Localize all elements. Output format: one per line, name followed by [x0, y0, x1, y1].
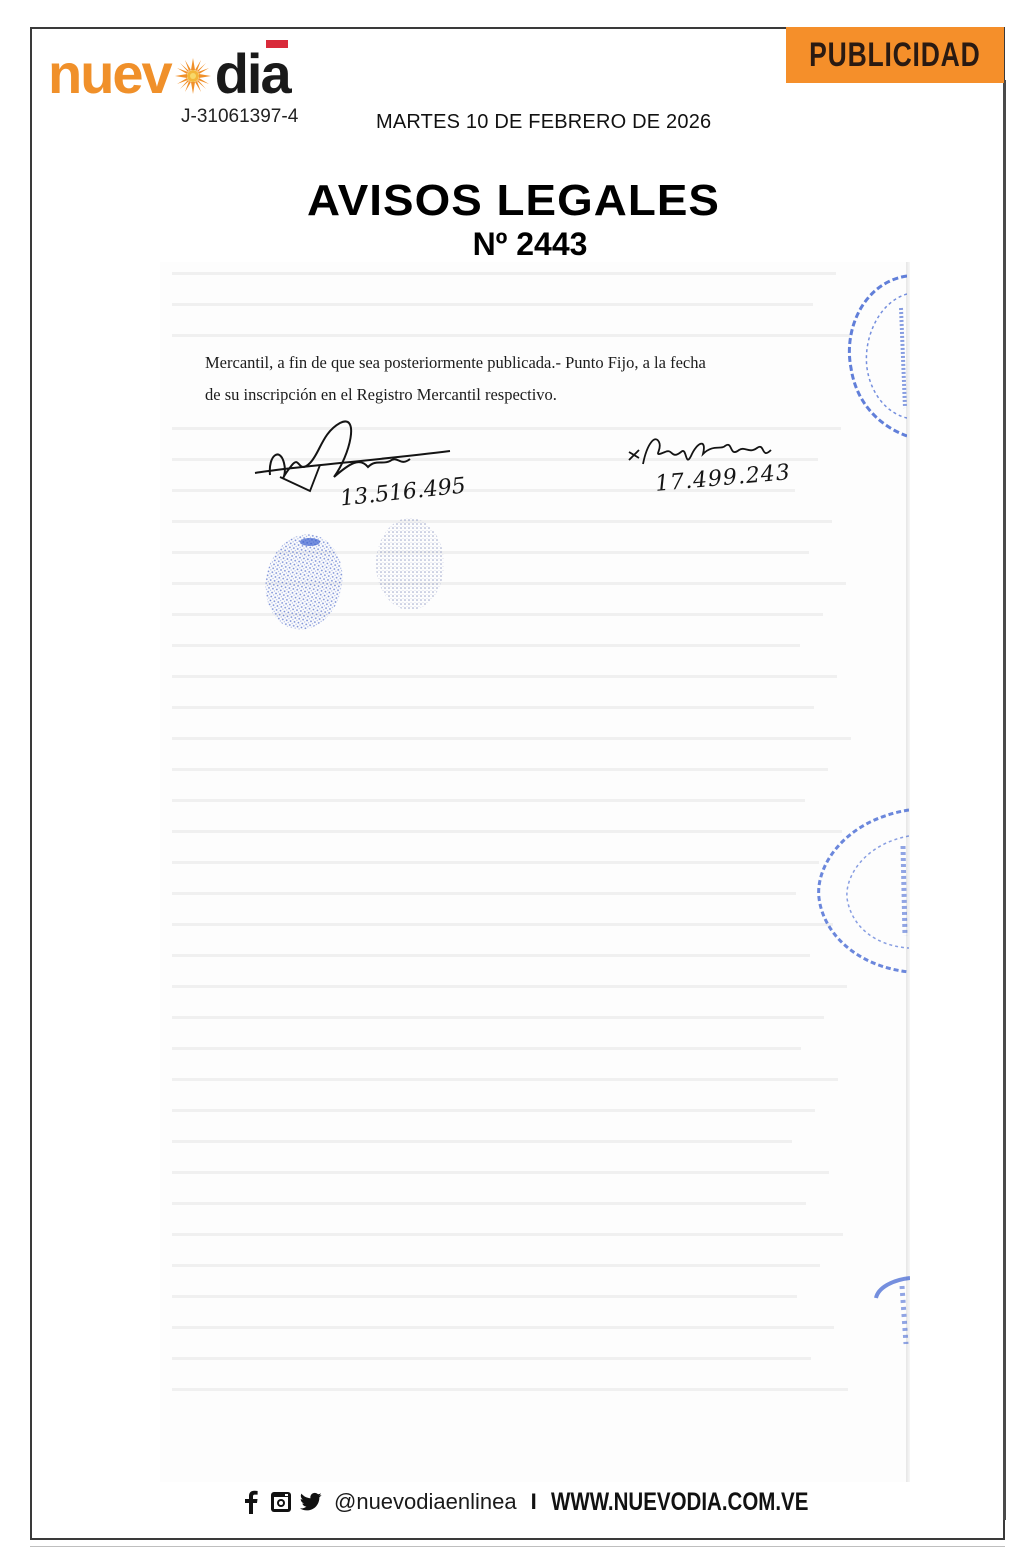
official-stamp-top	[845, 268, 907, 438]
faded-line	[172, 892, 796, 895]
sun-icon	[173, 56, 213, 96]
social-handle[interactable]: @nuevodiaenlinea	[334, 1489, 517, 1515]
faded-line	[172, 1047, 801, 1050]
faded-line	[172, 1078, 838, 1081]
faded-line	[172, 985, 847, 988]
faded-line	[172, 520, 832, 523]
faded-line	[172, 334, 850, 337]
section-badge-label: PUBLICIDAD	[809, 36, 980, 75]
page-frame-shadow	[30, 1546, 1005, 1547]
website-link[interactable]: WWW.NUEVODIA.COM.VE	[551, 1488, 808, 1517]
faded-line	[172, 799, 805, 802]
footer-separator: I	[531, 1489, 537, 1515]
logo-text-nuev: nuev	[48, 46, 171, 102]
faded-line	[172, 768, 828, 771]
faded-line	[172, 675, 837, 678]
instagram-icon[interactable]	[270, 1491, 292, 1513]
issue-number: Nº 2443	[0, 226, 1027, 263]
faded-line	[172, 737, 851, 740]
faded-line	[172, 1233, 843, 1236]
faded-line	[172, 1016, 824, 1019]
faded-line	[172, 1171, 829, 1174]
faded-line	[172, 1388, 848, 1391]
faded-line	[172, 1357, 811, 1360]
logo-accent-bar	[266, 40, 288, 48]
faded-line	[172, 830, 842, 833]
section-badge: PUBLICIDAD	[786, 27, 1004, 83]
faded-line	[172, 1295, 797, 1298]
faded-line	[172, 923, 833, 926]
faded-line	[172, 272, 836, 275]
faded-line	[172, 1140, 792, 1143]
facebook-icon[interactable]	[240, 1491, 262, 1513]
faded-line	[172, 954, 810, 957]
document-paragraph: Mercantil, a fin de que sea posteriormen…	[205, 347, 845, 411]
right-border-rule	[1003, 80, 1006, 1520]
faded-line	[172, 861, 819, 864]
twitter-icon[interactable]	[300, 1491, 322, 1513]
faded-line	[172, 1202, 806, 1205]
faded-line	[172, 644, 800, 647]
official-stamp-bottom	[868, 1274, 910, 1364]
fingerprint-right	[372, 514, 448, 614]
footer-bar: @nuevodiaenlinea I WWW.NUEVODIA.COM.VE	[240, 1484, 865, 1520]
fingerprint-left	[262, 530, 346, 634]
publication-date: MARTES 10 DE FEBRERO DE 2026	[376, 111, 711, 134]
faded-line	[172, 1264, 820, 1267]
faded-line	[172, 303, 813, 306]
paragraph-line: de su inscripción en el Registro Mercant…	[205, 379, 845, 411]
newspaper-logo: nuev dia	[48, 46, 290, 102]
faded-line	[172, 1109, 815, 1112]
faded-line	[172, 1326, 834, 1329]
page-title: AVISOS LEGALES	[0, 176, 1027, 226]
official-stamp-middle	[815, 806, 909, 976]
rif-number: J-31061397-4	[181, 106, 298, 128]
logo-text-dia: dia	[215, 46, 290, 102]
faded-line	[172, 706, 814, 709]
paragraph-line: Mercantil, a fin de que sea posteriormen…	[205, 347, 845, 379]
